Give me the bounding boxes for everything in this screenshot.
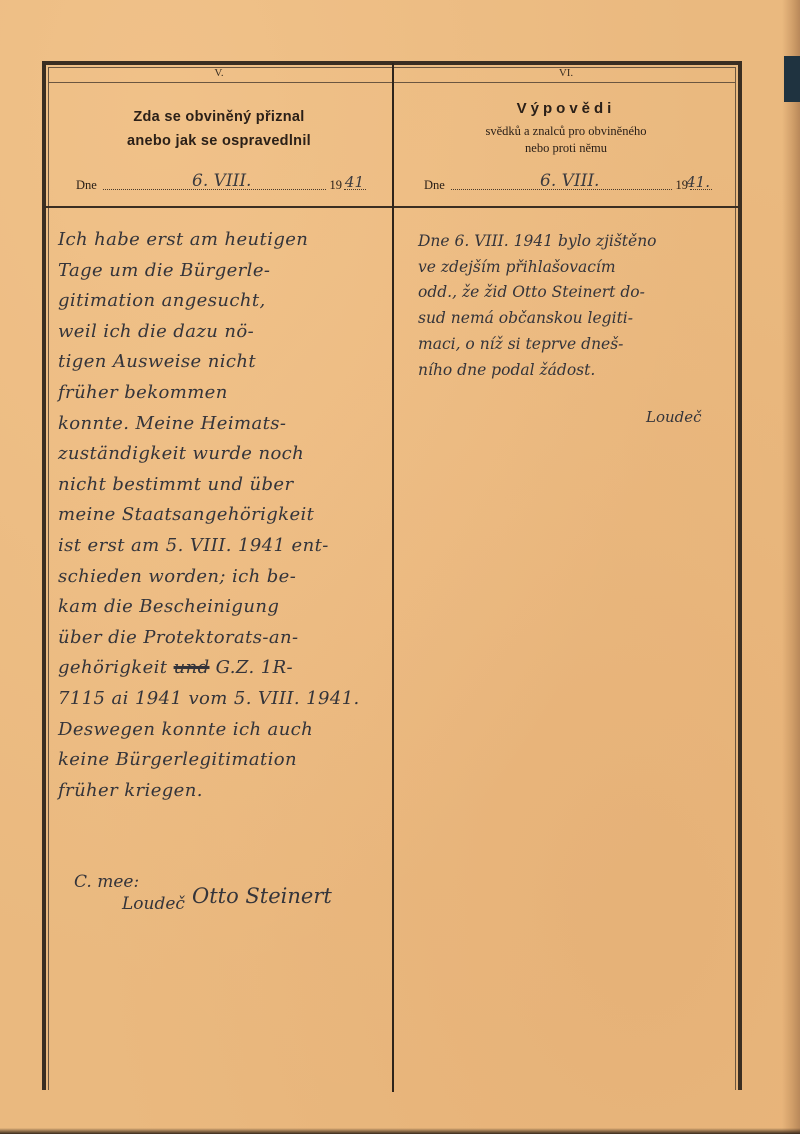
statement-line: über die Protektorats-an- xyxy=(58,623,382,654)
statement-line: gitimation angesucht, xyxy=(58,286,382,317)
date-field: Dne 6. VIII. 19 41 xyxy=(76,173,366,193)
column-title-line: anebo jak se ospravedlnil xyxy=(46,129,392,153)
column-subtitle-line: nebo proti němu xyxy=(394,140,738,157)
statement-text: G.Z. 1R- xyxy=(216,657,293,678)
form-table: V. Zda se obviněný přiznal anebo jak se … xyxy=(42,61,742,1090)
column-subtitle-line: svědků a znalců pro obviněného xyxy=(394,123,738,140)
statement-line: 7115 ai 1941 vom 5. VIII. 1941. xyxy=(58,684,382,715)
statement-line: früher bekommen xyxy=(58,378,382,409)
statement-line: ve zdejším přihlašovacím xyxy=(418,255,732,281)
statement-line: ist erst am 5. VIII. 1941 ent- xyxy=(58,531,382,562)
statement-line: kam die Bescheinigung xyxy=(58,592,382,623)
statement-line: ního dne podal žádost. xyxy=(418,358,732,384)
witness-statement: Dne 6. VIII. 1941 bylo zjištěno ve zdejš… xyxy=(418,229,732,383)
statement-line: zuständigkeit wurde noch xyxy=(58,439,382,470)
column-title: Zda se obviněný přiznal anebo jak se osp… xyxy=(46,105,392,153)
statement-line: maci, o níž si teprve dneš- xyxy=(418,332,732,358)
column-title-line: Zda se obviněný přiznal xyxy=(46,105,392,129)
paper-edge xyxy=(782,0,800,1134)
binding-tab xyxy=(784,56,800,102)
column-subtitle: svědků a znalců pro obviněného nebo prot… xyxy=(394,123,738,157)
statement-line: nicht bestimmt und über xyxy=(58,470,382,501)
date-year: 41 xyxy=(345,173,364,191)
column-divider xyxy=(392,63,394,1092)
statement-line: odd., že žid Otto Steinert do- xyxy=(418,280,732,306)
defendant-signature: Otto Steinert xyxy=(192,884,332,908)
defendant-statement: Ich habe erst am heutigen Tage um die Bü… xyxy=(58,225,382,806)
statement-line: Dne 6. VIII. 1941 bylo zjištěno xyxy=(418,229,732,255)
date-label: Dne xyxy=(76,178,97,193)
official-signature: Loudeč xyxy=(646,408,702,426)
official-signature: Loudeč xyxy=(122,894,185,914)
statement-line: konnte. Meine Heimats- xyxy=(58,409,382,440)
statement-line: früher kriegen. xyxy=(58,776,382,807)
column-numeral: V. xyxy=(46,67,392,79)
date-year: 41. xyxy=(686,173,710,191)
statement-text: gehörigkeit xyxy=(58,657,167,678)
signature-abbreviation: C. mee: xyxy=(74,872,139,892)
statement-line: Tage um die Bürgerle- xyxy=(58,256,382,287)
date-field: Dne 6. VIII. 19 41. xyxy=(424,173,712,193)
statement-line: weil ich die dazu nö- xyxy=(58,317,382,348)
bottom-edge-shadow xyxy=(0,1128,800,1134)
statement-line: schieden worden; ich be- xyxy=(58,562,382,593)
year-prefix: 19 xyxy=(330,178,343,193)
statement-line: Ich habe erst am heutigen xyxy=(58,225,382,256)
statement-line: sud nemá občanskou legiti- xyxy=(418,306,732,332)
statement-line: keine Bürgerlegitimation xyxy=(58,745,382,776)
date-label: Dne xyxy=(424,178,445,193)
statement-line: meine Staatsangehörigkeit xyxy=(58,500,382,531)
struck-out-word: und xyxy=(174,657,210,678)
column-numeral: VI. xyxy=(394,67,738,79)
statement-line: gehörigkeit und G.Z. 1R- xyxy=(58,653,382,684)
column-title: Výpovědi xyxy=(394,100,738,117)
statement-line: tigen Ausweise nicht xyxy=(58,347,382,378)
date-day-month: 6. VIII. xyxy=(540,171,599,191)
statement-line: Deswegen konnte ich auch xyxy=(58,715,382,746)
date-day-month: 6. VIII. xyxy=(192,171,251,191)
